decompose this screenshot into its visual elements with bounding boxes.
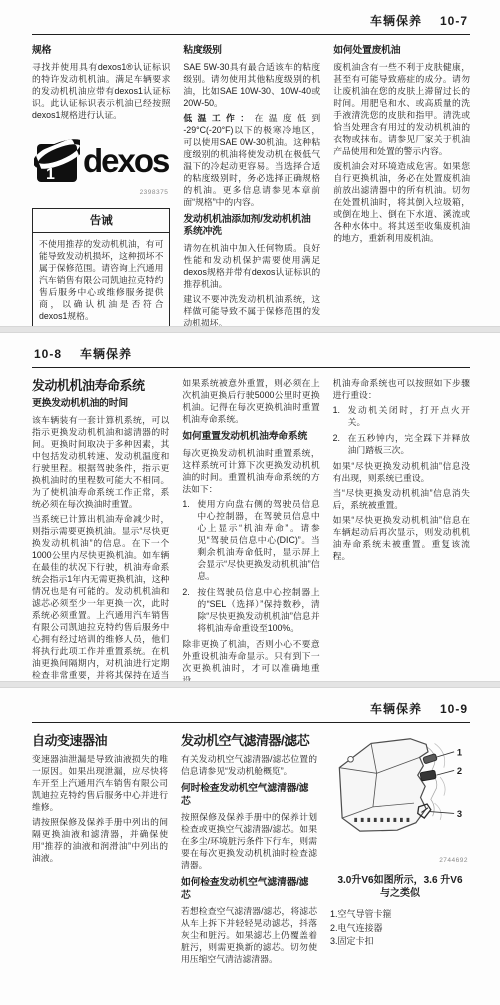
how-to-reset-heading: 如何重置发动机机油寿命系统	[182, 431, 319, 444]
atf-paragraph-1: 变速器油泄漏是导致油液损失的唯一原因。如果出现泄漏，应尽快将车开至上汽通用汽车销…	[32, 753, 168, 813]
air-filter-illustration: 1 2 3 2744692 3.0升V6如图所示，3.6 升V6与之类似 1.空…	[330, 734, 470, 949]
oil-life-paragraph-1: 该车辆装有一套计算机系统，可以指示更换发动机机油和滤清器的时间。更换时间取决于多…	[32, 414, 169, 510]
list-item-text: 使用方向盘右侧的驾驶员信息中心控制器，在驾驶员信息中心上显示“机油寿命”。请参见…	[197, 498, 319, 582]
three-column-layout: 规格 寻找并使用具有dexos1®认证标识的特许发动机机油。满足车辆要求的发动机…	[32, 35, 470, 326]
page-header-title: 车辆保养	[370, 12, 422, 29]
atf-heading: 自动变速器油	[32, 733, 168, 749]
legend-item: 1.空气导管卡箍	[330, 908, 470, 922]
column-viscosity: 粘度级别 SAE 5W-30具有最合适该车的粘度级别。请勿使用其他粘度级别的机油…	[183, 44, 320, 326]
viscosity-paragraph-1: SAE 5W-30具有最合适该车的粘度级别。请勿使用其他粘度级别的机油，比如SA…	[183, 61, 320, 109]
list-item-text: 按住驾驶员信息中心控制器上的“SEL（选择）”保持数秒，清除“尽快更换发动机机油…	[197, 586, 319, 634]
column-alternate-reset: 机油寿命系统也可以按照如下步骤进行重设： 1. 发动机关闭时，打开点火开关。 2…	[333, 377, 470, 681]
alt-reset-paragraph-2: 当“尽快更换发动机机油”信息消失后，系统被重置。	[333, 487, 470, 511]
caution-title: 告诫	[33, 209, 169, 233]
air-filter-heading: 发动机空气滤清器/滤芯	[181, 733, 317, 749]
list-item-number: 1.	[182, 498, 193, 582]
page-header-title: 车辆保养	[370, 700, 422, 717]
atf-paragraph-2: 请按照保修及保养手册中列出的间隔更换油液和滤清器，并确保使用“推荐的油液和润滑油…	[32, 816, 168, 864]
page-header: 10-8 车辆保养	[32, 341, 470, 368]
additives-paragraph-2: 建议不要冲洗发动机机油系统，这样做可能导致不属于保修范围的发动机损坏。	[183, 293, 320, 327]
list-item-number: 2.	[182, 586, 193, 634]
page-header-number: 10-8	[34, 347, 62, 361]
figure-callout-3: 3	[457, 809, 462, 819]
column-air-filter-figure: 1 2 3 2744692 3.0升V6如图所示，3.6 升V6与之类似 1.空…	[330, 732, 470, 968]
dexos-logo: 1 dexos	[34, 137, 168, 185]
disposal-heading: 如何处置废机油	[333, 45, 470, 58]
list-item-number: 1.	[333, 404, 344, 428]
disposal-paragraph-2: 废机油会对环境造成危害。如果您自行更换机油，务必在处置废机油前放出滤清器中的所有…	[333, 160, 470, 244]
column-oil-disposal: 如何处置废机油 废机油含有一些不利于皮肤健康，甚至有可能导致癌症的成分。请勿让废…	[333, 44, 470, 326]
dexos-logo-digit: 1	[46, 166, 55, 183]
alt-reset-step-note: 如果“尽快更换发动机机油”信息没有出现，则系统已重设。	[333, 460, 470, 484]
alt-reset-paragraph-3: 如果“尽快更换发动机机油”信息在车辆起动后再次显示，则发动机机油寿命系统未被重置…	[333, 514, 470, 562]
figure-callout-1: 1	[457, 748, 462, 758]
when-to-change-heading: 更换发动机机油的时间	[32, 398, 169, 411]
page-header: 车辆保养 10-9	[32, 696, 470, 723]
viscosity-paragraph-2: 低温工作：在温度低到 -29°C(-20°F)以下的极寒冷地区，可以使用SAE …	[183, 112, 320, 208]
three-column-layout: 发动机机油寿命系统 更换发动机机油的时间 该车辆装有一套计算机系统，可以指示更换…	[32, 368, 470, 681]
manual-page-10-8: 10-8 车辆保养 发动机机油寿命系统 更换发动机机油的时间 该车辆装有一套计算…	[0, 333, 500, 681]
air-filter-paragraph-2: 按照保修及保养手册中的保养计划检查或更换空气滤清器/滤芯。如果在多尘/环境脏污条…	[181, 811, 317, 871]
artwork-number: 2744692	[332, 857, 468, 864]
list-item-text: 发动机关闭时，打开点火开关。	[348, 404, 470, 428]
figure-callout-2: 2	[457, 766, 462, 776]
list-item: 1. 使用方向盘右侧的驾驶员信息中心控制器，在驾驶员信息中心上显示“机油寿命”。…	[182, 498, 319, 582]
when-to-inspect-heading: 何时检查发动机空气滤清器/滤芯	[181, 783, 317, 808]
oil-life-system-heading: 发动机机油寿命系统	[32, 378, 169, 394]
cold-weather-label: 低温工作：	[183, 113, 254, 123]
page-header-number: 10-9	[440, 702, 468, 716]
legend-item: 3.固定卡扣	[330, 935, 470, 949]
spec-body: 寻找并使用具有dexos1®认证标识的特许发动机机油。满足车辆要求的发动机机油应…	[32, 61, 170, 121]
how-to-inspect-heading: 如何检查发动机空气滤清器/滤芯	[181, 877, 317, 902]
additives-paragraph-1: 请勿在机油中加入任何物质。良好性能和发动机保护需要使用满足dexos规格并带有d…	[183, 242, 320, 290]
column-transmission-fluid: 自动变速器油 变速器油泄漏是导致油液损失的唯一原因。如果出现泄漏，应尽快将车开至…	[32, 732, 168, 968]
disposal-paragraph-1: 废机油含有一些不利于皮肤健康，甚至有可能导致癌症的成分。请勿让废机油在您的皮肤上…	[333, 61, 470, 157]
dexos-logo-mark-icon: 1	[34, 137, 80, 185]
artwork-number: 2398375	[34, 189, 168, 196]
manual-page-10-9: 车辆保养 10-9 自动变速器油 变速器油泄漏是导致油液损失的唯一原因。如果出现…	[0, 688, 500, 1005]
additives-heading: 发动机机油添加剂/发动机机油系统冲洗	[183, 214, 320, 239]
reset-caution-note: 除非更换了机油，否则小心不要意外重设机油寿命显示。只有到下一次更换机油时，才可以…	[182, 638, 319, 682]
column-oil-life-intro: 发动机机油寿命系统 更换发动机机油的时间 该车辆装有一套计算机系统，可以指示更换…	[32, 377, 169, 681]
caution-body: 不使用推荐的发动机机油，有可能导致发动机损坏，这种损坏不属于保修范围。请咨询上汽…	[33, 233, 169, 327]
list-item: 1. 发动机关闭时，打开点火开关。	[333, 404, 470, 428]
list-item: 2. 按住驾驶员信息中心控制器上的“SEL（选择）”保持数秒，清除“尽快更换发动…	[182, 586, 319, 634]
figure-legend: 1.空气导管卡箍 2.电气连接器 3.固定卡扣	[330, 908, 470, 949]
page-separator	[0, 326, 500, 333]
manual-page-10-7: 车辆保养 10-7 规格 寻找并使用具有dexos1®认证标识的特许发动机机油。…	[0, 0, 500, 326]
dexos-logo-word: dexos	[83, 144, 168, 178]
page-header-number: 10-7	[440, 14, 468, 28]
list-item: 2. 在五秒钟内，完全踩下并释放油门踏板三次。	[333, 432, 470, 456]
page-header: 车辆保养 10-7	[32, 8, 470, 35]
alt-reset-intro: 机油寿命系统也可以按照如下步骤进行重设：	[333, 377, 470, 401]
list-item-text: 在五秒钟内，完全踩下并释放油门踏板三次。	[348, 432, 470, 456]
air-filter-paragraph-3: 若想检查空气滤清器/滤芯，将滤芯从车上拆下并轻轻晃动滤芯，抖落灰尘和脏污。如果滤…	[181, 905, 317, 965]
column-specifications: 规格 寻找并使用具有dexos1®认证标识的特许发动机机油。满足车辆要求的发动机…	[32, 44, 170, 326]
legend-item: 2.电气连接器	[330, 922, 470, 936]
three-column-layout: 自动变速器油 变速器油泄漏是导致油液损失的唯一原因。如果出现泄漏，应尽快将车开至…	[32, 723, 470, 968]
list-item-number: 2.	[333, 432, 344, 456]
page-separator	[0, 681, 500, 688]
spec-heading: 规格	[32, 45, 170, 58]
oil-life-paragraph-2: 当系统已计算出机油寿命减少时，则指示需要更换机油。显示“尽快更换发动机机油”的信…	[32, 513, 169, 682]
caution-box: 告诫 不使用推荐的发动机机油，有可能导致发动机损坏，这种损坏不属于保修范围。请咨…	[32, 208, 170, 327]
air-filter-paragraph-1: 有关发动机空气滤清器/滤芯位置的信息请参见“发动机舱概览”。	[181, 753, 317, 777]
engine-air-filter-diagram-icon: 1 2 3	[330, 734, 470, 848]
cold-weather-text: 在温度低到 -29°C(-20°F)以下的极寒冷地区，可以使用SAE 0W-30…	[183, 113, 320, 207]
accidental-reset-paragraph: 如果系统被意外重置，则必须在上次机油更换后行驶5000公里时更换机油。记得在每次…	[182, 377, 319, 425]
viscosity-heading: 粘度级别	[183, 45, 320, 58]
reset-intro-paragraph: 每次更换发动机机油时重置系统，这样系统可计算下次更换发动机机油的时间。重置机油寿…	[182, 447, 319, 495]
page-header-title: 车辆保养	[80, 345, 132, 362]
column-air-filter: 发动机空气滤清器/滤芯 有关发动机空气滤清器/滤芯位置的信息请参见“发动机舱概览…	[181, 732, 317, 968]
column-oil-life-reset: 如果系统被意外重置，则必须在上次机油更换后行驶5000公里时更换机油。记得在每次…	[182, 377, 319, 681]
figure-caption: 3.0升V6如图所示，3.6 升V6与之类似	[336, 874, 464, 900]
